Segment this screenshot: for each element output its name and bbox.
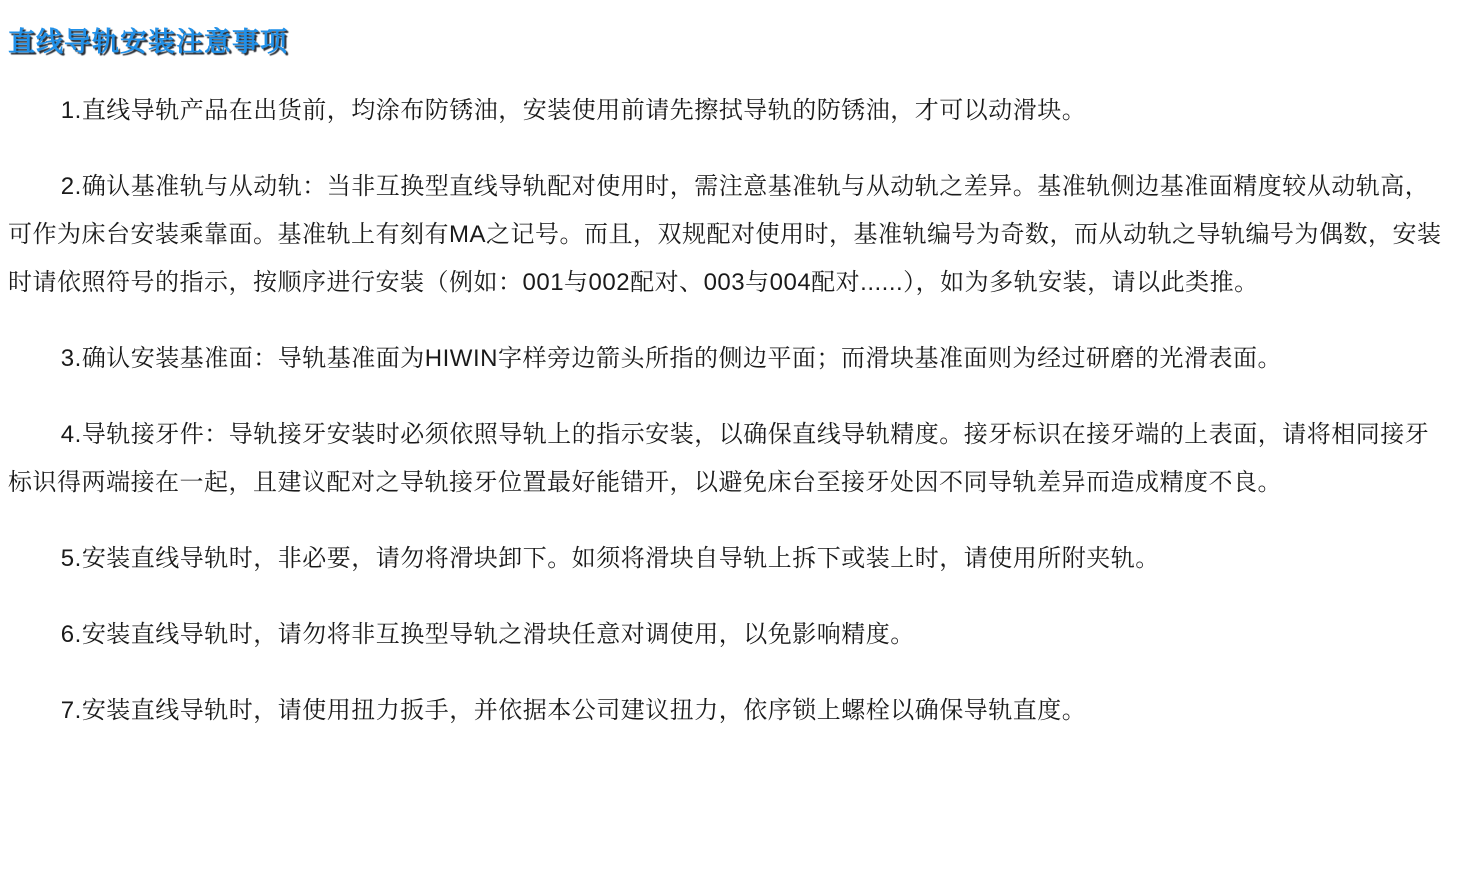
paragraph-1: 1.直线导轨产品在出货前，均涂布防锈油，安装使用前请先擦拭导轨的防锈油，才可以动… — [8, 87, 1452, 135]
paragraph-2: 2.确认基准轨与从动轨：当非互换型直线导轨配对使用时，需注意基准轨与从动轨之差异… — [8, 163, 1452, 307]
paragraph-3: 3.确认安装基准面：导轨基准面为HIWIN字样旁边箭头所指的侧边平面；而滑块基准… — [8, 335, 1452, 383]
paragraph-7: 7.安装直线导轨时，请使用扭力扳手，并依据本公司建议扭力，依序锁上螺栓以确保导轨… — [8, 687, 1452, 735]
document-body: 1.直线导轨产品在出货前，均涂布防锈油，安装使用前请先擦拭导轨的防锈油，才可以动… — [8, 87, 1452, 735]
document-page: 直线导轨安装注意事项 1.直线导轨产品在出货前，均涂布防锈油，安装使用前请先擦拭… — [0, 0, 1462, 879]
paragraph-6: 6.安装直线导轨时，请勿将非互换型导轨之滑块任意对调使用，以免影响精度。 — [8, 611, 1452, 659]
paragraph-4: 4.导轨接牙件：导轨接牙安装时必须依照导轨上的指示安装，以确保直线导轨精度。接牙… — [8, 411, 1452, 507]
page-title: 直线导轨安装注意事项 — [8, 20, 1452, 59]
paragraph-5: 5.安装直线导轨时，非必要，请勿将滑块卸下。如须将滑块自导轨上拆下或装上时，请使… — [8, 535, 1452, 583]
